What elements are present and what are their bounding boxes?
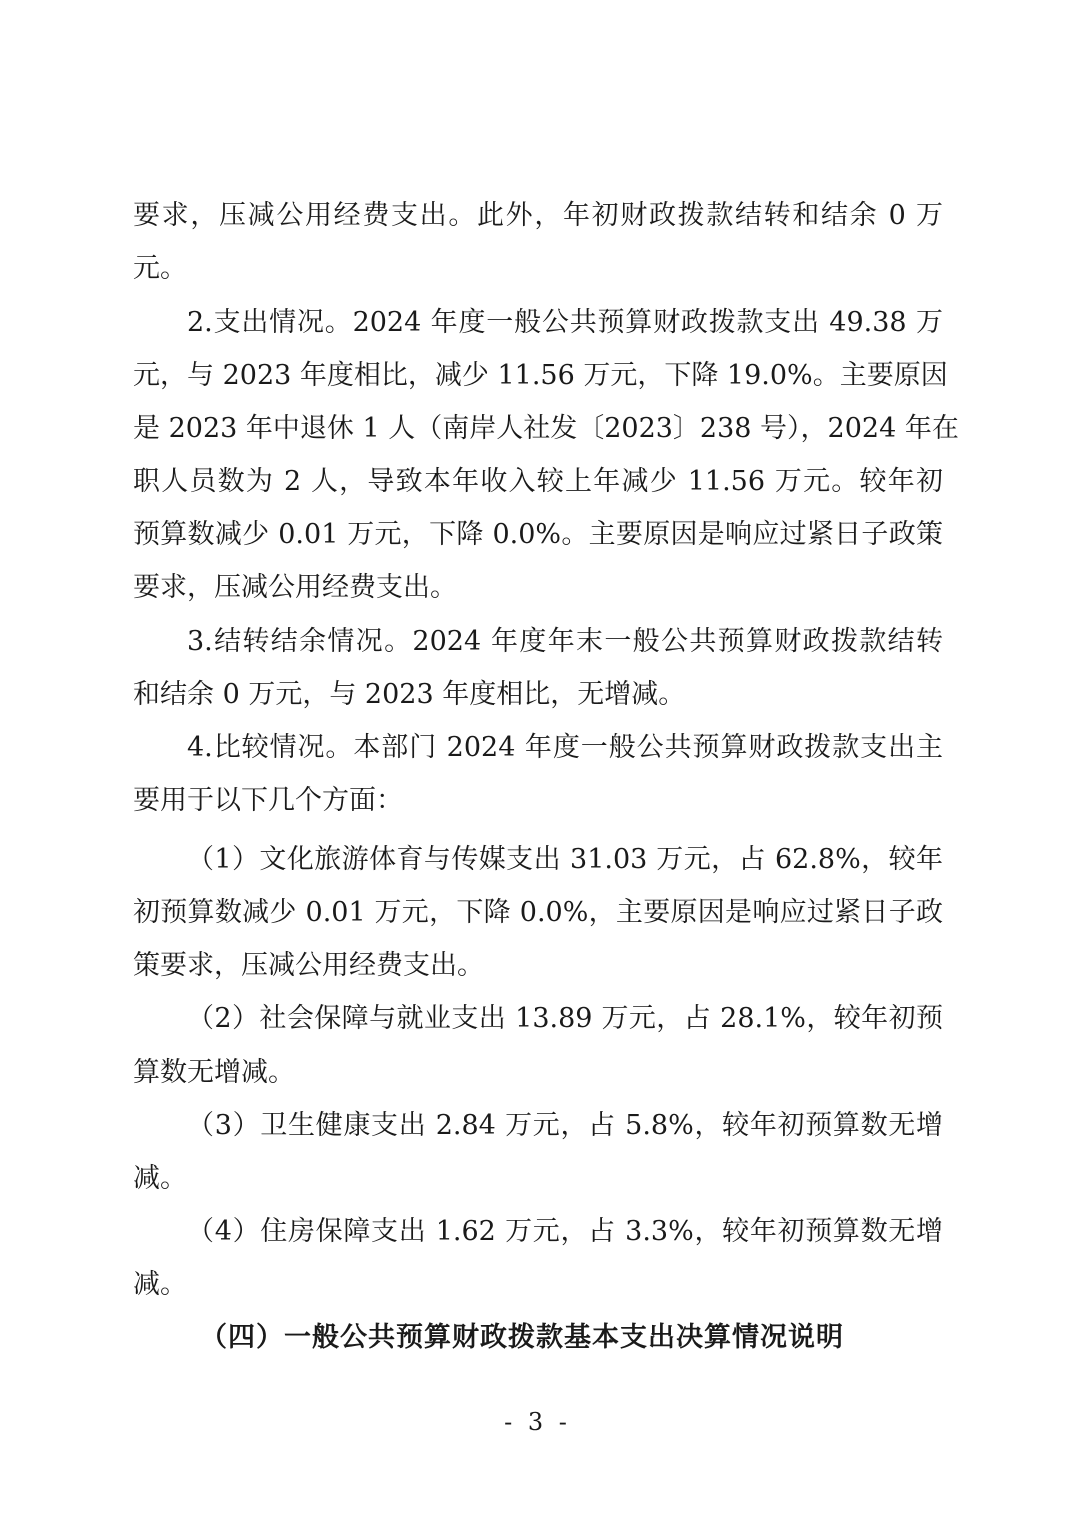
paragraph-line: 预算数减少 0.01 万元，下降 0.0%。主要原因是响应过紧日子政策 bbox=[133, 517, 943, 553]
paragraph-line: 要求，压减公用经费支出。 bbox=[133, 570, 457, 606]
paragraph-line: 算数无增减。 bbox=[133, 1055, 295, 1091]
paragraph-line: 减。 bbox=[133, 1161, 187, 1197]
paragraph-line: 减。 bbox=[133, 1267, 187, 1303]
paragraph-line: 策要求，压减公用经费支出。 bbox=[133, 948, 484, 984]
paragraph-line: 初预算数减少 0.01 万元，下降 0.0%，主要原因是响应过紧日子政 bbox=[133, 895, 943, 931]
paragraph-line: 是 2023 年中退休 1 人（南岸人社发〔2023〕238 号），2024 年… bbox=[133, 411, 943, 447]
paragraph-line-carryover: 3.结转结余情况。2024 年度年末一般公共预算财政拨款结转 bbox=[187, 624, 943, 660]
document-page: 要求，压减公用经费支出。此外，年初财政拨款结转和结余 0 万 元。 2.支出情况… bbox=[0, 0, 1075, 1520]
paragraph-line: 元，与 2023 年度相比，减少 11.56 万元，下降 19.0%。主要原因 bbox=[133, 358, 943, 394]
paragraph-line: 要求，压减公用经费支出。此外，年初财政拨款结转和结余 0 万 bbox=[133, 198, 943, 234]
list-item-housing: （4）住房保障支出 1.62 万元，占 3.3%，较年初预算数无增 bbox=[187, 1214, 943, 1250]
paragraph-line: 元。 bbox=[133, 251, 187, 287]
paragraph-line-comparison: 4.比较情况。本部门 2024 年度一般公共预算财政拨款支出主 bbox=[187, 730, 943, 766]
list-item-social-security: （2）社会保障与就业支出 13.89 万元，占 28.1%，较年初预 bbox=[187, 1001, 943, 1037]
paragraph-line: 和结余 0 万元，与 2023 年度相比，无增减。 bbox=[133, 677, 685, 713]
list-item-health: （3）卫生健康支出 2.84 万元，占 5.8%，较年初预算数无增 bbox=[187, 1108, 943, 1144]
list-item-culture-tourism: （1）文化旅游体育与传媒支出 31.03 万元，占 62.8%，较年 bbox=[187, 842, 943, 878]
page-number: - 3 - bbox=[0, 1407, 1075, 1437]
section-heading: （四）一般公共预算财政拨款基本支出决算情况说明 bbox=[200, 1320, 844, 1356]
paragraph-line-expenditure: 2.支出情况。2024 年度一般公共预算财政拨款支出 49.38 万 bbox=[187, 305, 943, 341]
paragraph-line: 职人员数为 2 人，导致本年收入较上年减少 11.56 万元。较年初 bbox=[133, 464, 943, 500]
paragraph-line: 要用于以下几个方面： bbox=[133, 783, 403, 819]
